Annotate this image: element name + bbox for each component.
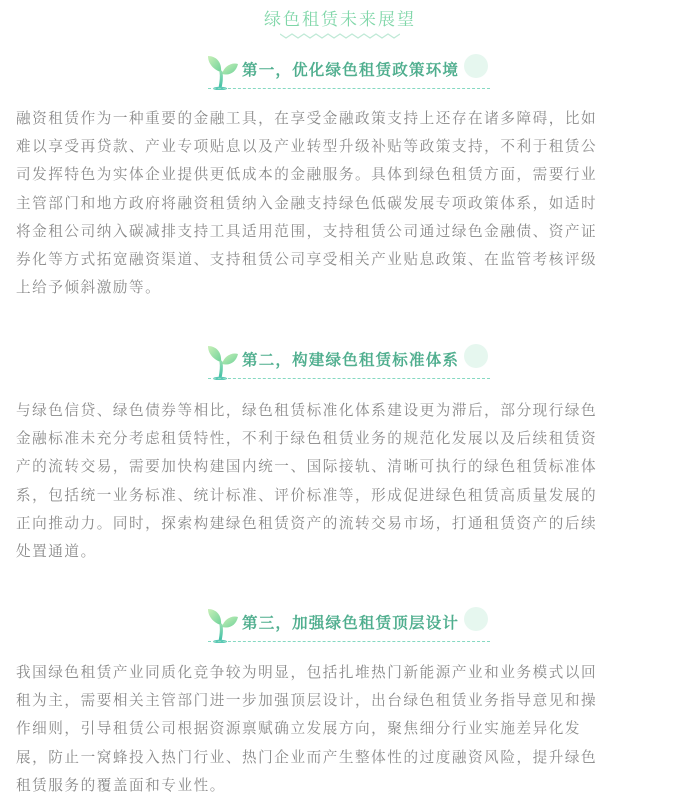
- text-line: 司发挥特色为实体企业提供更低成本的金融服务。具体到绿色租赁方面，需要行业: [16, 161, 666, 189]
- text-line: 与绿色信贷、绿色债券等相比，绿色租赁标准化体系建设更为滞后，部分现行绿色: [16, 397, 666, 425]
- text-line: 展，防止一窝蜂投入热门行业、热门企业而产生整体性的过度融资风险，提升绿色: [16, 744, 666, 772]
- sprout-icon: [204, 603, 240, 643]
- bubble-decoration-icon: [464, 344, 488, 368]
- section-paragraph-3: 我国绿色租赁产业同质化竞争较为明显，包括扎堆热门新能源产业和业务模式以回 租为主…: [16, 659, 666, 800]
- dashed-divider: [208, 88, 490, 89]
- section-heading-3: 第三，加强绿色租赁顶层设计: [200, 603, 490, 645]
- text-line: 处置通道。: [16, 538, 666, 566]
- text-line: 租为主，需要相关主管部门进一步加强顶层设计，出台绿色租赁业务指导意见和操: [16, 687, 666, 715]
- section-paragraph-1: 融资租赁作为一种重要的金融工具，在享受金融政策支持上还存在诸多障碍，比如 难以享…: [16, 105, 666, 302]
- text-line: 融资租赁作为一种重要的金融工具，在享受金融政策支持上还存在诸多障碍，比如: [16, 105, 666, 133]
- text-line: 租赁服务的覆盖面和专业性。: [16, 772, 666, 800]
- page-title: 绿色租赁未来展望: [0, 8, 680, 32]
- section-paragraph-2: 与绿色信贷、绿色债券等相比，绿色租赁标准化体系建设更为滞后，部分现行绿色 金融标…: [16, 397, 666, 566]
- section-heading-text: 第三，加强绿色租赁顶层设计: [242, 612, 459, 634]
- wave-divider-icon: [280, 32, 400, 40]
- section-heading-text: 第二，构建绿色租赁标准体系: [242, 349, 459, 371]
- text-line: 正向推动力。同时，探索构建绿色租赁资产的流转交易市场，打通租赁资产的后续: [16, 510, 666, 538]
- sprout-icon: [204, 340, 240, 380]
- text-line: 系，包括统一业务标准、统计标准、评价标准等，形成促进绿色租赁高质量发展的: [16, 482, 666, 510]
- text-line: 金融标准未充分考虑租赁特性，不利于绿色租赁业务的规范化发展以及后续租赁资: [16, 425, 666, 453]
- text-line: 我国绿色租赁产业同质化竞争较为明显，包括扎堆热门新能源产业和业务模式以回: [16, 659, 666, 687]
- dashed-divider: [208, 378, 490, 379]
- text-line: 难以享受再贷款、产业专项贴息以及产业转型升级补贴等政策支持，不利于租赁公: [16, 133, 666, 161]
- dashed-divider: [208, 641, 490, 642]
- section-heading-2: 第二，构建绿色租赁标准体系: [200, 340, 490, 382]
- sprout-icon: [204, 50, 240, 90]
- text-line: 券化等方式拓宽融资渠道、支持租赁公司享受相关产业贴息政策、在监管考核评级: [16, 246, 666, 274]
- text-line: 产的流转交易，需要加快构建国内统一、国际接轨、清晰可执行的绿色租赁标准体: [16, 453, 666, 481]
- section-heading-text: 第一，优化绿色租赁政策环境: [242, 59, 459, 81]
- text-line: 作细则，引导租赁公司根据资源禀赋确立发展方向，聚焦细分行业实施差异化发: [16, 715, 666, 743]
- section-heading-1: 第一，优化绿色租赁政策环境: [200, 50, 490, 92]
- text-line: 将金租公司纳入碳减排支持工具适用范围，支持租赁公司通过绿色金融债、资产证: [16, 218, 666, 246]
- bubble-decoration-icon: [464, 607, 488, 631]
- text-line: 上给予倾斜激励等。: [16, 274, 666, 302]
- bubble-decoration-icon: [464, 54, 488, 78]
- text-line: 主管部门和地方政府将融资租赁纳入金融支持绿色低碳发展专项政策体系，如适时: [16, 190, 666, 218]
